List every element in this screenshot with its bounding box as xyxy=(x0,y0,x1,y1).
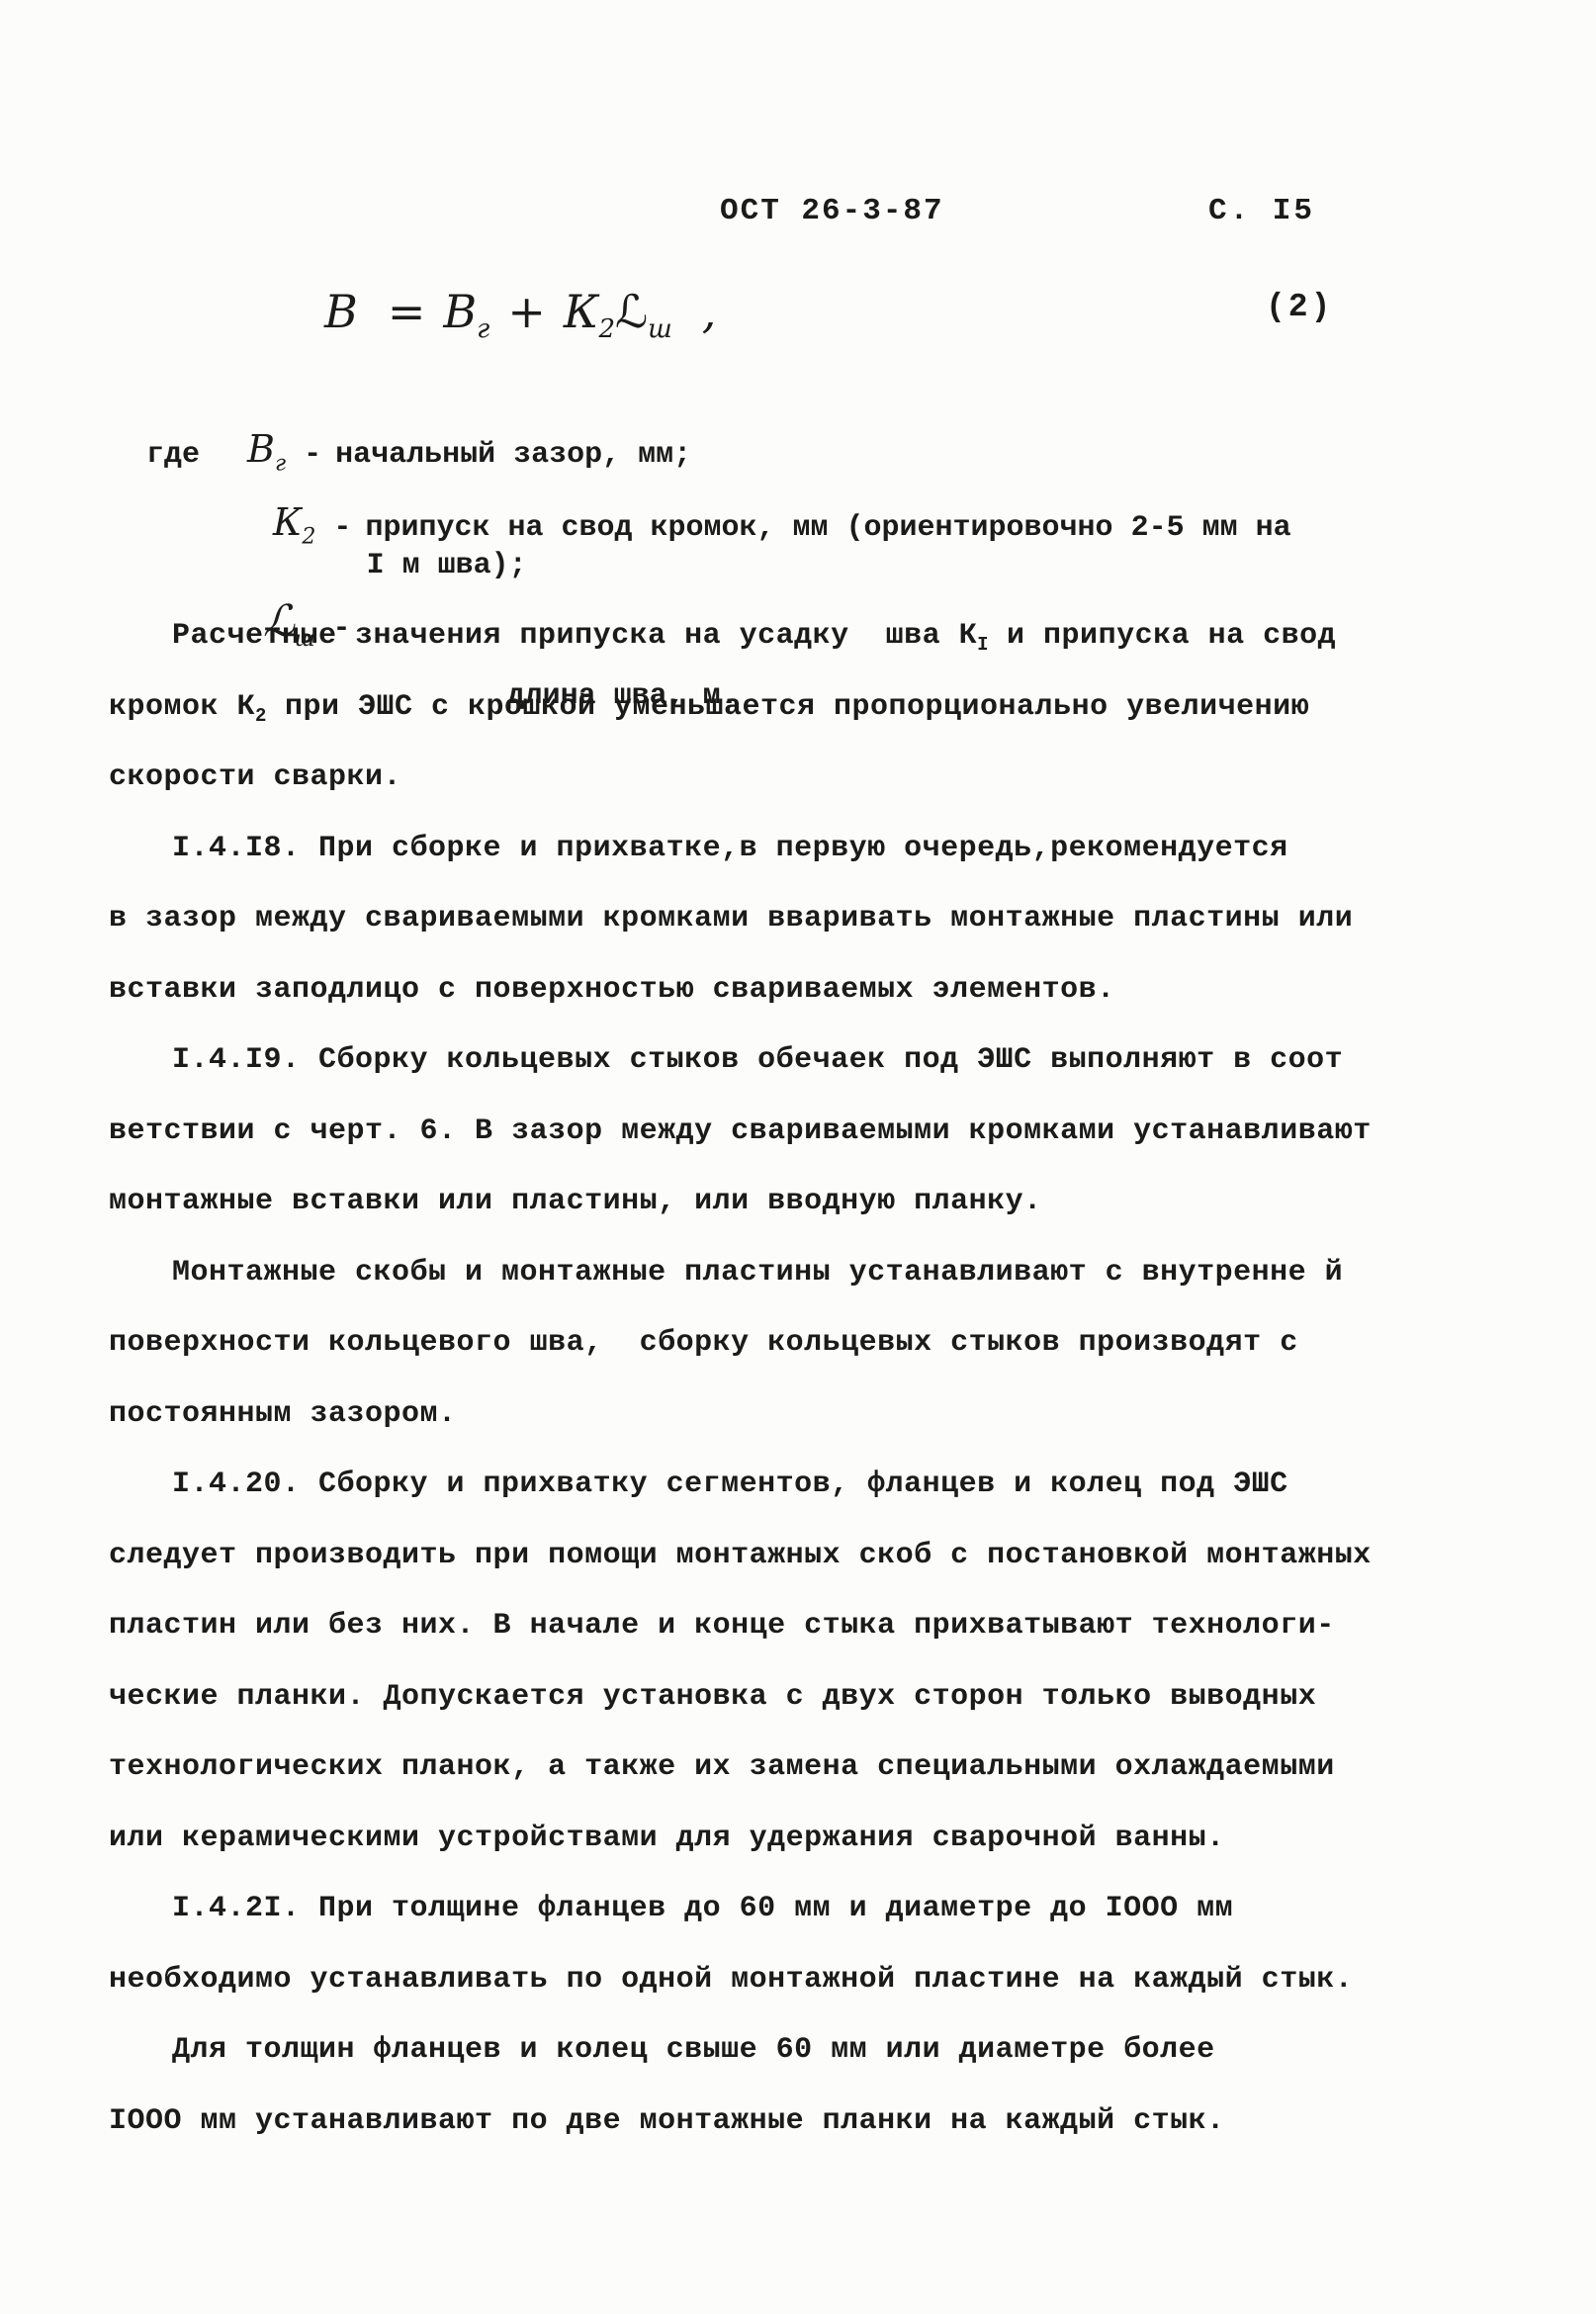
text-line: I.4.20. Сборку и прихватку сегментов, фл… xyxy=(109,1450,1493,1521)
formula-plus: + xyxy=(507,285,546,338)
formula-term2: К xyxy=(564,285,599,338)
formula-comma: , xyxy=(702,285,717,338)
text-line: поверхности кольцевого шва, сборку кольц… xyxy=(109,1308,1493,1379)
text-line: необходимо устанавливать по одной монтаж… xyxy=(109,1945,1493,2016)
text-line: следует производить при помощи монтажных… xyxy=(109,1521,1493,1592)
formula-lhs: В xyxy=(324,285,358,338)
formula-term2-sub: 2 xyxy=(598,314,615,344)
text-line: ветствии с черт. 6. В зазор между сварив… xyxy=(109,1097,1493,1168)
text-line: кромок К2 при ЭШС с крошкой уменьшается … xyxy=(109,672,1493,744)
text-line: Для толщин фланцев и колец свыше 60 мм и… xyxy=(109,2015,1493,2087)
text-line: пластин или без них. В начале и конце ст… xyxy=(109,1591,1493,1662)
dash: - xyxy=(333,511,351,545)
where-item: К2 - припуск на свод кромок, мм (ориенти… xyxy=(273,500,1291,550)
text-line: Расчетные значения припуска на усадку шв… xyxy=(109,601,1493,672)
carryover-text: I м шва); xyxy=(367,549,527,582)
where-label: где xyxy=(146,438,200,472)
body-text: Расчетные значения припуска на усадку шв… xyxy=(109,601,1493,2157)
text-line: IООО мм устанавливают по две монтажные п… xyxy=(109,2087,1493,2158)
text-line: Монтажные скобы и монтажные пластины уст… xyxy=(109,1238,1493,1309)
text-line: скорости сварки. xyxy=(109,743,1493,814)
formula-term1-sub: г xyxy=(477,314,489,344)
text-line: I.4.I9. Сборку кольцевых стыков обечаек … xyxy=(109,1025,1493,1097)
page-number: С. I5 xyxy=(1208,194,1315,228)
text-line: монтажные вставки или пластины, или ввод… xyxy=(109,1167,1493,1238)
symbol-k-2: К2 xyxy=(273,500,315,550)
definition-text: припуск на свод кромок, мм (ориентировоч… xyxy=(365,511,1290,545)
formula-term3: ℒ xyxy=(615,285,648,338)
text-line: I.4.2I. При толщине фланцев до 60 мм и д… xyxy=(109,1874,1493,1945)
text-line: или керамическими устройствами для удерж… xyxy=(109,1804,1493,1875)
standard-number: ОСТ 26-3-87 xyxy=(720,194,944,228)
formula-equals: = xyxy=(388,285,426,338)
formula-term1: В xyxy=(443,285,477,338)
document-page: ОСТ 26-3-87 С. I5 В=Вг+К2ℒш, (2) где Вг … xyxy=(0,0,1596,2314)
text-line: I.4.I8. При сборке и прихватке,в первую … xyxy=(109,814,1493,885)
dash: - xyxy=(304,438,321,472)
text-line: вставки заподлицо с поверхностью сварива… xyxy=(109,955,1493,1026)
text-line: технологических планок, а также их замен… xyxy=(109,1733,1493,1804)
symbol-b-g: Вг xyxy=(247,427,286,477)
where-item: где Вг - начальный зазор, мм; xyxy=(146,427,1291,477)
formula: В=Вг+К2ℒш, xyxy=(324,285,716,344)
text-line: постоянным зазором. xyxy=(109,1379,1493,1451)
text-line: в зазор между свариваемыми кромками ввар… xyxy=(109,884,1493,955)
formula-term3-sub: ш xyxy=(648,314,672,344)
equation-number: (2) xyxy=(1266,289,1333,325)
text-line: ческие планки. Допускается установка с д… xyxy=(109,1662,1493,1734)
definition-text: начальный зазор, мм; xyxy=(335,438,691,472)
